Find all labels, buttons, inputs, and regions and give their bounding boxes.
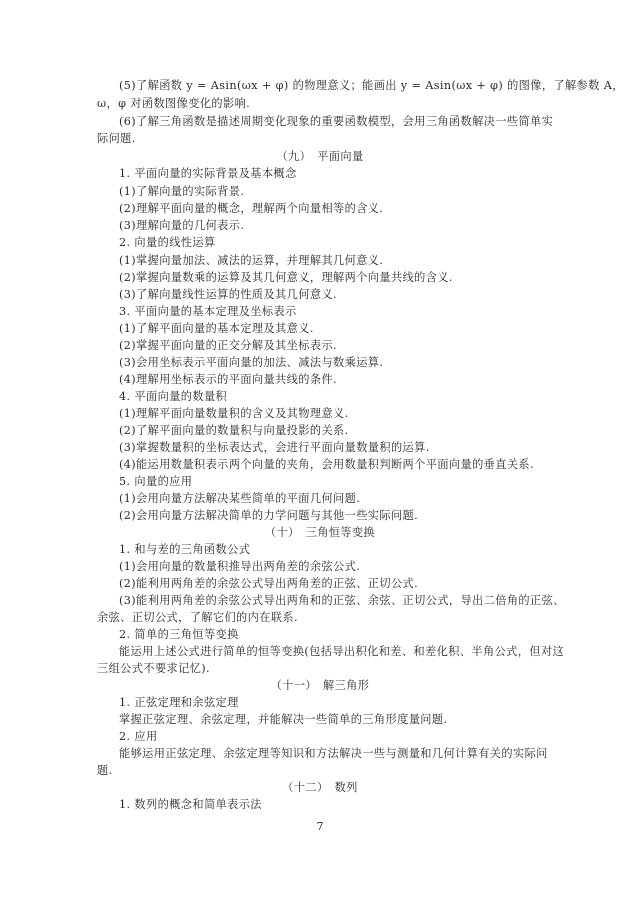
text-line: (1)了解平面向量的基本定理及其意义. xyxy=(119,322,569,336)
text-line: 掌握正弦定理、余弦定理，并能解决一些简单的三角形度量问题. xyxy=(119,713,569,727)
text-line: (3)理解向量的几何表示. xyxy=(119,219,569,233)
page-number: 7 xyxy=(0,820,640,833)
text-line: (5)了解函数 y = Asin(ωx + φ) 的物理意义；能画出 y = A… xyxy=(119,79,569,93)
text-line: 2. 应用 xyxy=(119,730,569,744)
text-line: (3)能利用两角差的余弦公式导出两角和的正弦、余弦、正切公式，导出二倍角的正弦、 xyxy=(119,594,569,608)
text-line: 余弦、正切公式，了解它们的内在联系. xyxy=(97,611,547,625)
text-line: 5. 向量的应用 xyxy=(119,475,569,489)
section-heading: （十一） 解三角形 xyxy=(0,679,640,693)
text-line: (1)会用向量方法解决某些简单的平面几何问题. xyxy=(119,492,569,506)
text-line: 三组公式不要求记忆). xyxy=(97,662,547,676)
section-heading: （九） 平面向量 xyxy=(0,150,640,164)
text-line: ω，φ 对函数图像变化的影响. xyxy=(97,97,547,111)
text-line: 1. 平面向量的实际背景及基本概念 xyxy=(119,167,569,181)
text-line: (1)会用向量的数量积推导出两角差的余弦公式. xyxy=(119,560,569,574)
text-line: 1. 正弦定理和余弦定理 xyxy=(119,696,569,710)
text-line: (2)能利用两角差的余弦公式导出两角差的正弦、正切公式. xyxy=(119,577,569,591)
text-line: (4)能运用数量积表示两个向量的夹角，会用数量积判断两个平面向量的垂直关系. xyxy=(119,458,569,472)
text-line: 4. 平面向量的数量积 xyxy=(119,390,569,404)
text-line: (2)掌握平面向量的正交分解及其坐标表示. xyxy=(119,339,569,353)
text-line: (3)了解向量线性运算的性质及其几何意义. xyxy=(119,288,569,302)
text-line: (2)掌握向量数乘的运算及其几何意义，理解两个向量共线的含义. xyxy=(119,271,569,285)
text-line: 1. 和与差的三角函数公式 xyxy=(119,543,569,557)
section-heading: （十二） 数列 xyxy=(0,781,640,795)
text-line: 1. 数列的概念和简单表示法 xyxy=(119,798,569,812)
text-line: (3)掌握数量积的坐标表达式，会进行平面向量数量积的运算. xyxy=(119,441,569,455)
text-line: 能运用上述公式进行简单的恒等变换(包括导出积化和差、和差化积、半角公式，但对这 xyxy=(119,645,569,659)
text-line: (6)了解三角函数是描述周期变化现象的重要函数模型，会用三角函数解决一些简单实 xyxy=(119,115,569,129)
text-line: (2)了解平面向量的数量积与向量投影的关系. xyxy=(119,424,569,438)
section-heading: （十） 三角恒等变换 xyxy=(0,526,640,540)
document-page: (5)了解函数 y = Asin(ωx + φ) 的物理意义；能画出 y = A… xyxy=(0,0,640,905)
text-line: 2. 向量的线性运算 xyxy=(119,236,569,250)
text-line: (3)会用坐标表示平面向量的加法、减法与数乘运算. xyxy=(119,356,569,370)
text-line: (2)理解平面向量的概念，理解两个向量相等的含义. xyxy=(119,202,569,216)
text-line: 能够运用正弦定理、余弦定理等知识和方法解决一些与测量和几何计算有关的实际问 xyxy=(119,747,569,761)
text-line: 际问题. xyxy=(97,132,547,146)
text-line: (2)会用向量方法解决简单的力学问题与其他一些实际问题. xyxy=(119,509,569,523)
text-line: (1)了解向量的实际背景. xyxy=(119,185,569,199)
text-line: (4)理解用坐标表示的平面向量共线的条件. xyxy=(119,373,569,387)
text-line: 题. xyxy=(97,764,547,778)
text-line: (1)理解平面向量数量积的含义及其物理意义. xyxy=(119,407,569,421)
text-line: 2. 简单的三角恒等变换 xyxy=(119,628,569,642)
text-line: 3. 平面向量的基本定理及坐标表示 xyxy=(119,305,569,319)
text-line: (1)掌握向量加法、减法的运算，并理解其几何意义. xyxy=(119,254,569,268)
